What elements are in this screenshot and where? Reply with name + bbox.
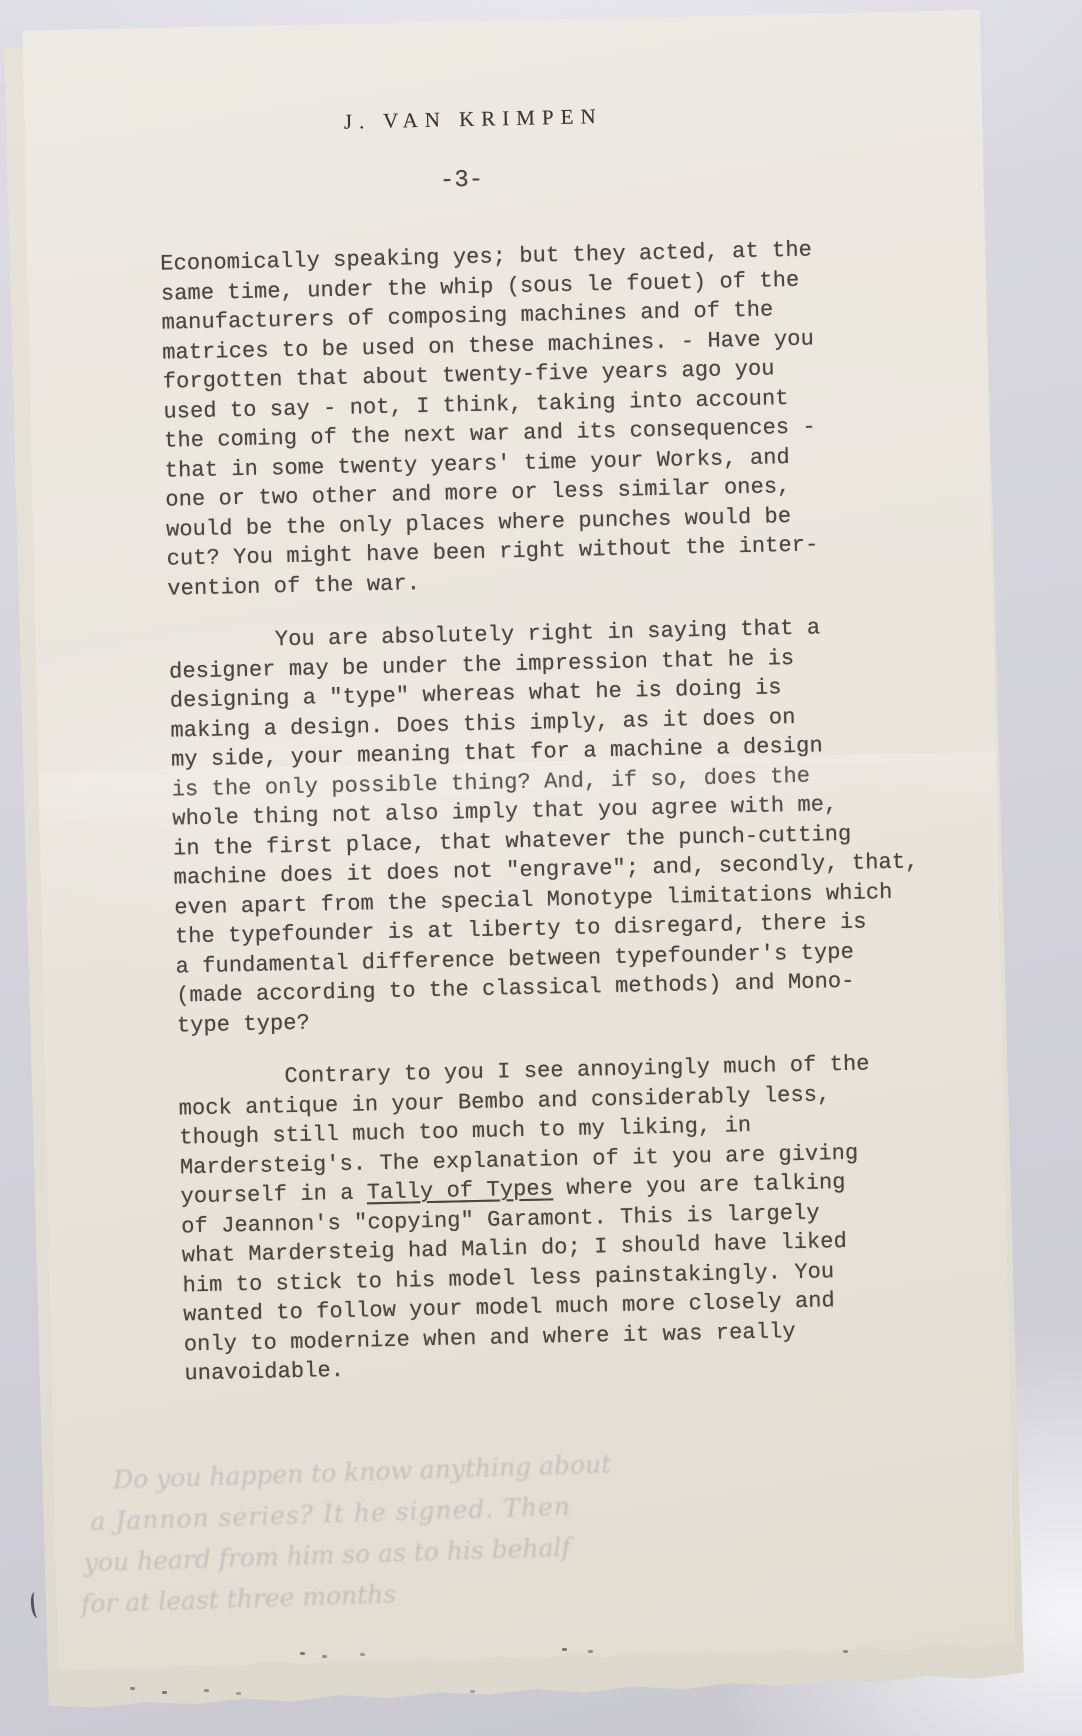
typed-body: Economically speaking yes; but they acte…	[160, 232, 980, 1413]
paragraph: You are absolutely right in saying that …	[168, 610, 972, 1040]
paragraph: Economically speaking yes; but they acte…	[160, 232, 963, 603]
paragraph: Contrary to you I see annoyingly much of…	[178, 1047, 980, 1389]
deckle-edge-specks	[0, 0, 5, 3]
page-number: -3-	[25, 158, 897, 204]
corner-ink-mark	[30, 1592, 43, 1619]
faint-pencil-note: Do you happen to know anything abouta Ja…	[77, 1443, 616, 1624]
letterhead-name: J. VAN KRIMPEN	[24, 97, 922, 142]
document-page: J. VAN KRIMPEN -3- Economically speaking…	[22, 10, 1016, 1677]
underlined-book-title: Tally of Types	[367, 1176, 554, 1205]
photo-background: J. VAN KRIMPEN -3- Economically speaking…	[0, 0, 1082, 1736]
